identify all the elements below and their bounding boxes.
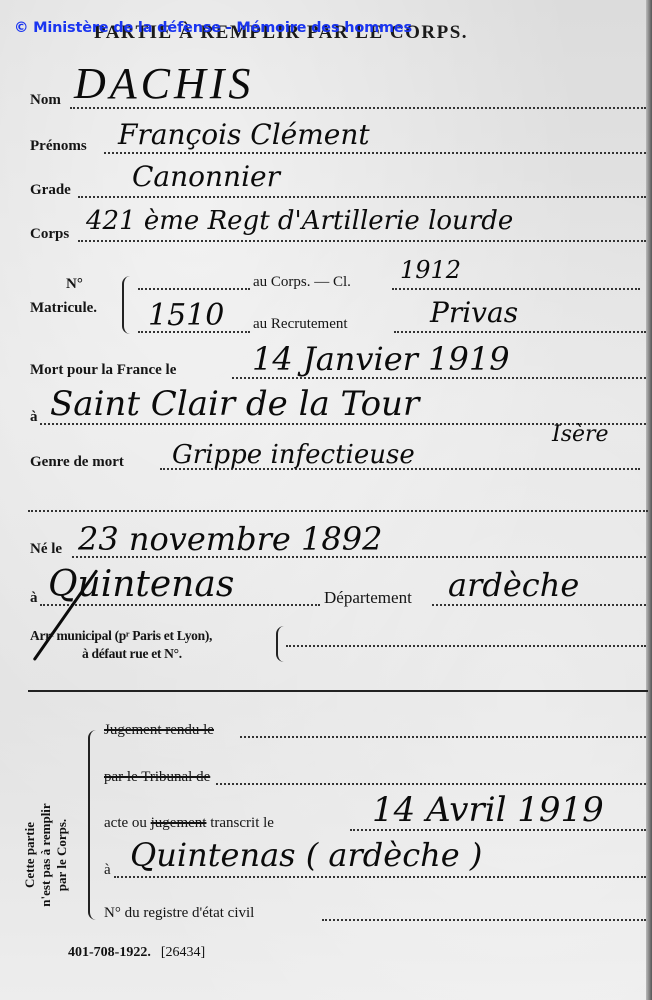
grade-line — [78, 196, 646, 198]
form-code: 401-708-1922.[26434] — [68, 945, 205, 961]
mort-label: Mort pour la France le — [30, 362, 176, 379]
acte-label: acte ou jugement transcrit le — [104, 815, 274, 832]
side-note-line-3: par le Corps. — [54, 785, 70, 925]
departement-label: Département — [324, 588, 412, 608]
tribunal-label: par le Tribunal de — [104, 769, 210, 786]
naissance-label: Né le — [30, 541, 62, 558]
jugement-line — [240, 736, 646, 738]
lieu-transcription-line — [114, 876, 646, 878]
lieu-transcription-label: à — [104, 862, 111, 879]
recrutement-number: 1510 — [148, 298, 224, 333]
matricule-no-label: N° — [66, 276, 83, 293]
naissance-value: 23 novembre 1892 — [78, 520, 382, 558]
grade-value: Canonnier — [132, 160, 280, 193]
matricule-brace — [122, 276, 134, 334]
registre-label: N° du registre d'état civil — [104, 905, 254, 922]
nom-value: DACHIS — [74, 58, 254, 109]
arrondissement-line — [286, 645, 646, 647]
acte-label-pre: acte ou — [104, 815, 147, 831]
side-note: Cette partie n'est pas à remplir par le … — [22, 785, 70, 925]
tribunal-line — [216, 783, 646, 785]
genre-mort-label: Genre de mort — [30, 454, 124, 471]
genre-mort-value: Grippe infectieuse — [172, 440, 415, 470]
lieu-naissance-label: à — [30, 590, 38, 607]
form-reference: [26434] — [161, 945, 205, 960]
corps-value: 421 ème Regt d'Artillerie lourde — [86, 206, 513, 236]
side-note-line-1: Cette partie — [22, 785, 38, 925]
section-divider — [28, 510, 648, 512]
nom-label: Nom — [30, 92, 61, 109]
transcription-brace — [88, 730, 100, 920]
recrutement-line — [394, 331, 646, 333]
lieu-transcription-value: Quintenas ( ardèche ) — [130, 836, 482, 874]
mort-value: 14 Janvier 1919 — [252, 340, 510, 378]
au-corps-line — [138, 288, 250, 290]
corps-label: Corps — [30, 226, 69, 243]
card-edge — [646, 0, 652, 1000]
lieu-mort-dept: Isère — [552, 422, 609, 447]
side-note-line-2: n'est pas à remplir — [38, 785, 54, 925]
arrondissement-label-2: à défaut rue et N°. — [82, 646, 182, 662]
arrondissement-label-1: Arrᵗ municipal (pʳ Paris et Lyon), — [30, 628, 212, 644]
lieu-mort-value: Saint Clair de la Tour — [50, 384, 419, 424]
prenoms-line — [104, 152, 646, 154]
jugement-label: Jugement rendu le — [104, 722, 214, 739]
classe-value: 1912 — [400, 256, 461, 284]
classe-line — [392, 288, 640, 290]
arrondissement-brace — [276, 626, 288, 662]
registre-line — [322, 919, 646, 921]
recrutement-value: Privas — [430, 296, 518, 329]
prenoms-label: Prénoms — [30, 138, 87, 155]
acte-label-struck: jugement — [151, 815, 207, 831]
au-corps-label: au Corps. — Cl. — [253, 274, 351, 291]
departement-value: ardèche — [448, 566, 579, 604]
grade-label: Grade — [30, 182, 71, 199]
form-code-number: 401-708-1922. — [68, 945, 151, 960]
lieu-mort-label: à — [30, 409, 38, 426]
acte-label-post: transcrit le — [210, 815, 274, 831]
acte-value: 14 Avril 1919 — [372, 790, 604, 830]
prenoms-value: François Clément — [118, 118, 370, 151]
section-rule — [28, 690, 648, 692]
matricule-label: Matricule. — [30, 300, 97, 317]
recrutement-label: au Recrutement — [253, 316, 348, 333]
copyright-watermark: © Ministère de la défense - Mémoire des … — [14, 20, 412, 36]
departement-line — [432, 604, 646, 606]
corps-line — [78, 240, 646, 242]
